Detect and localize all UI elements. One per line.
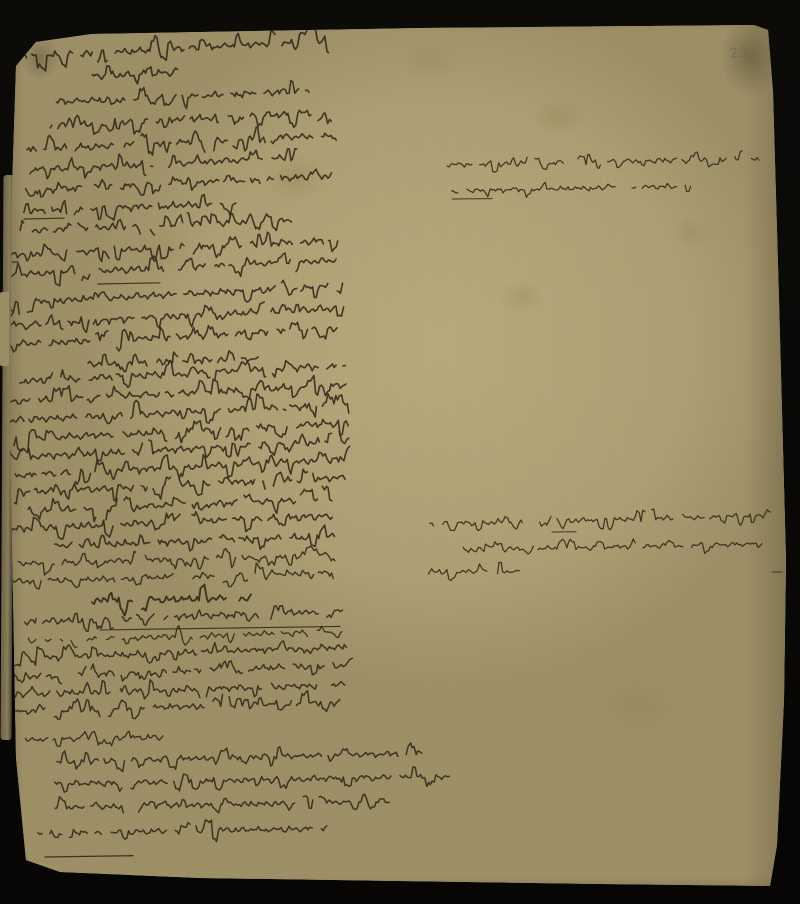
block5-line-4 — [38, 820, 327, 842]
block3-line-6 — [5, 446, 350, 484]
block2-line-3 — [8, 322, 337, 352]
block4-line-5 — [3, 680, 345, 699]
block1-line-5 — [26, 169, 332, 197]
block3-line-3 — [5, 394, 349, 424]
mixed-line-1 — [18, 546, 343, 575]
block1-line-7 — [20, 213, 291, 235]
handwriting-layer — [0, 0, 800, 904]
block5-line-1 — [57, 743, 422, 772]
block2-line-2 — [5, 302, 343, 333]
block1-line-8 — [8, 232, 338, 261]
adjacent-page-edge-fragment — [0, 292, 9, 366]
block4-line-6 — [3, 691, 340, 719]
underline-2 — [98, 283, 160, 284]
margin-note-top-line-1 — [447, 151, 769, 173]
underline-3 — [100, 626, 340, 630]
scan-background: 23 — [0, 0, 800, 904]
margin-note-mid-line-2 — [463, 539, 762, 554]
block3-line-2 — [5, 376, 346, 405]
margin-note-top-line-2 — [452, 182, 691, 197]
block3-line-10 — [55, 525, 335, 551]
block3-line-8 — [28, 486, 332, 521]
block1-line-2 — [50, 110, 331, 134]
closing-rule — [45, 856, 133, 857]
block4-line-4 — [3, 658, 352, 683]
block1-line-4 — [30, 149, 297, 179]
block5-line-2 — [55, 767, 450, 792]
block3-line-4 — [5, 419, 348, 452]
block5-line-3 — [55, 794, 395, 813]
block4-line-7 — [25, 731, 172, 746]
mixed-line-3 — [92, 585, 251, 616]
header-line-1 — [25, 30, 328, 71]
margin-note-mid-line-1 — [430, 509, 770, 531]
block1-line-1 — [56, 81, 309, 109]
block3-line-5 — [5, 432, 349, 461]
block3-line-1 — [8, 361, 346, 388]
header-line-2 — [92, 66, 177, 84]
mixed-line-2 — [5, 563, 334, 589]
margin-note-mid-line-3 — [428, 562, 519, 580]
underline-1 — [24, 218, 64, 219]
block3-line-9 — [5, 512, 333, 540]
manuscript-paper: 23 — [0, 0, 800, 904]
